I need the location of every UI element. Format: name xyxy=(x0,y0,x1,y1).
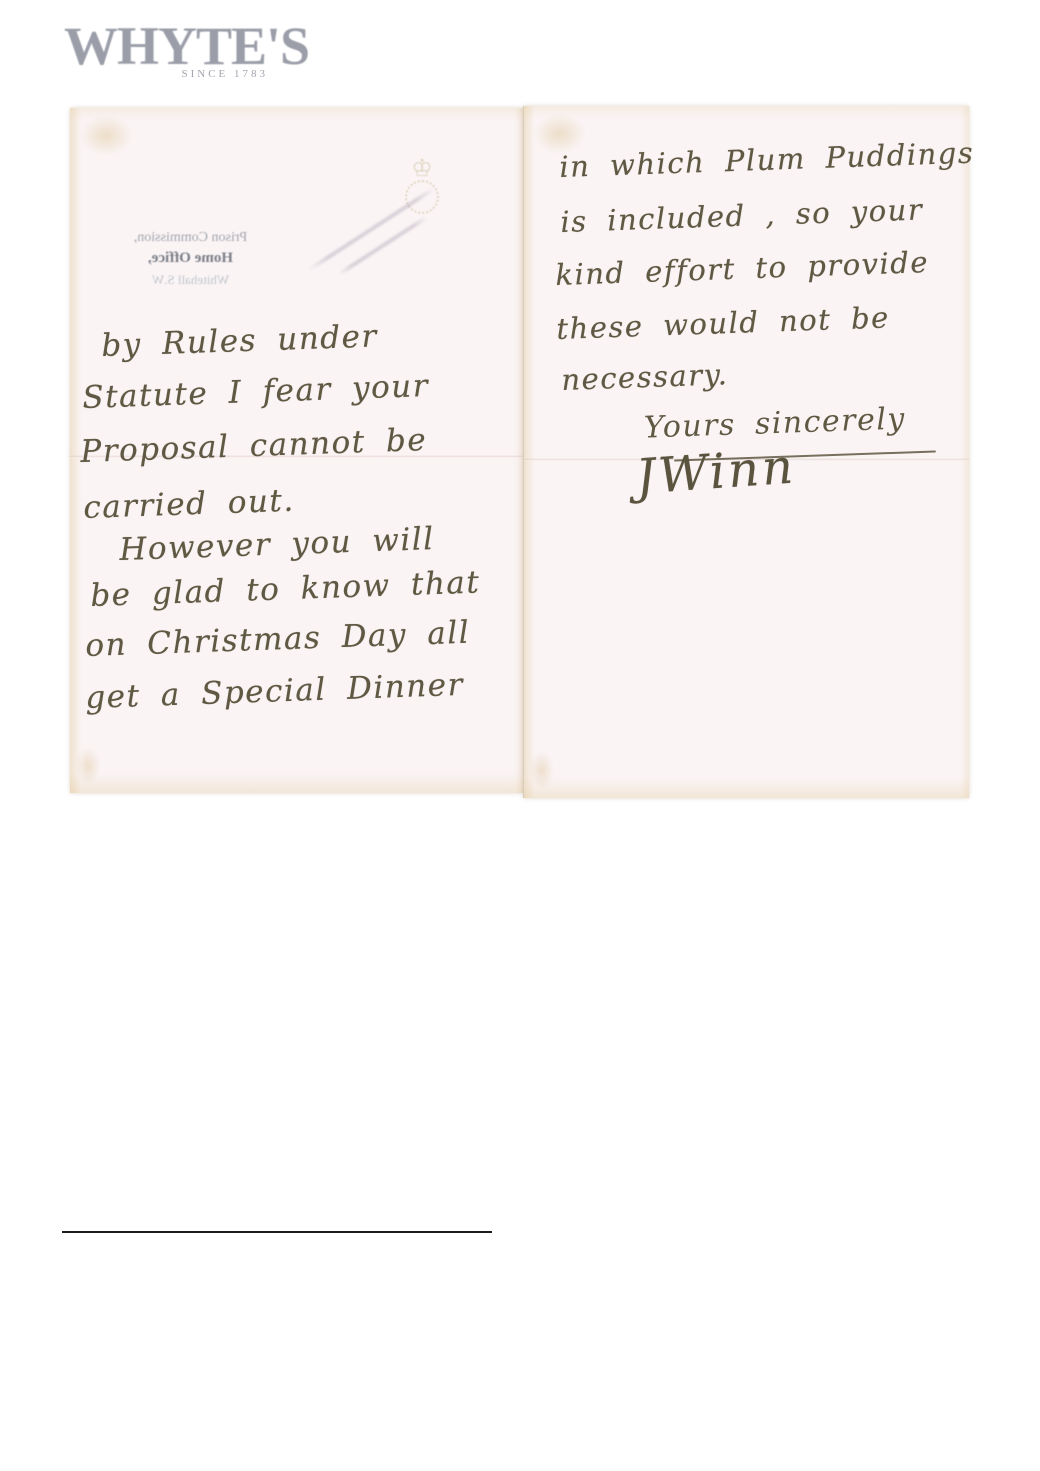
handwriting-line: in which Plum Puddings xyxy=(559,136,975,184)
letter-scan-photo: ♔ Prison Commission, Home Office, Whiteh… xyxy=(70,106,968,798)
handwriting-line: is included , so your xyxy=(560,192,924,239)
footnote-rule xyxy=(62,1231,492,1233)
handwriting-line: kind effort to provide xyxy=(555,245,930,292)
letter-page-left: ♔ Prison Commission, Home Office, Whiteh… xyxy=(70,108,523,793)
logo-wordmark: WHYTE'S xyxy=(64,18,304,74)
handwriting-line: be glad to know that xyxy=(90,564,481,614)
handwriting-line: on Christmas Day all xyxy=(85,615,471,664)
stamp-line xyxy=(308,187,436,272)
handwriting-line: Proposal cannot be xyxy=(80,422,428,470)
catalog-page: WHYTE'S SINCE 1783 ♔ Prison Commission, … xyxy=(0,0,1040,1471)
signature: JWinn xyxy=(634,438,797,505)
handwriting-line: these would not be xyxy=(556,300,890,346)
whytes-logo: WHYTE'S SINCE 1783 xyxy=(64,18,304,88)
handwriting-line: However you will xyxy=(119,521,435,568)
letterhead-showthrough: Prison Commission, Home Office, Whitehal… xyxy=(98,230,283,288)
handwriting-line: by Rules under xyxy=(101,318,379,364)
stamp-line xyxy=(337,216,427,277)
handwriting-line: carried out. xyxy=(83,483,296,526)
faint-diagonal-ink-stamp-icon xyxy=(299,173,479,339)
handwriting-line: get a Special Dinner xyxy=(85,667,465,716)
letterhead-line: Whitehall S.W xyxy=(98,272,283,288)
handwriting-line: necessary. xyxy=(561,357,729,397)
handwriting-line: Statute I fear your xyxy=(82,368,430,416)
logo-tagline: SINCE 1783 xyxy=(181,68,268,80)
letterhead-line: Prison Commission, xyxy=(98,230,283,246)
letterhead-line: Home Office, xyxy=(98,250,283,267)
letter-page-right: in which Plum Puddings is included , so … xyxy=(523,106,969,798)
